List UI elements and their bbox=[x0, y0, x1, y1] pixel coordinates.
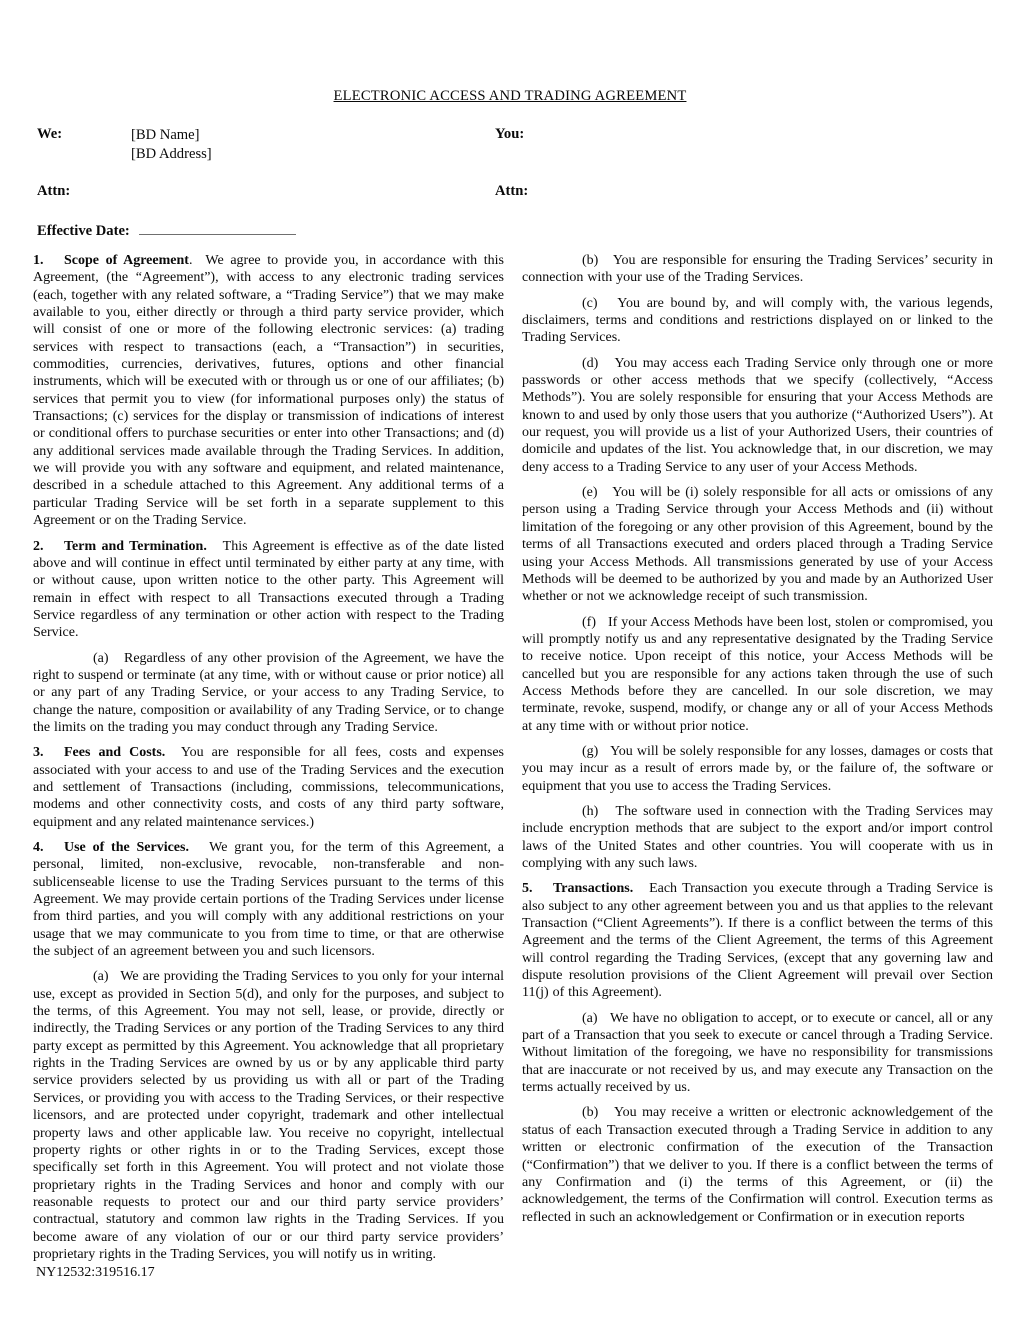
bd-name-placeholder: [BD Name] bbox=[131, 126, 212, 145]
section-4a: (a) We are providing the Trading Service… bbox=[33, 968, 504, 1263]
section-heading: Term and Termination. bbox=[64, 539, 207, 554]
we-label: We: bbox=[37, 126, 62, 143]
left-column: 1.Scope of Agreement. We agree to provid… bbox=[33, 252, 504, 1271]
section-2-term-and-termination: 2.Term and Termination. This Agreement i… bbox=[33, 538, 504, 642]
effective-date-row: Effective Date: bbox=[37, 220, 296, 240]
section-4d: (d) You may access each Trading Service … bbox=[522, 355, 993, 476]
section-heading: Scope of Agreement bbox=[64, 253, 189, 268]
we-values: [BD Name] [BD Address] bbox=[131, 126, 212, 163]
document-page: ELECTRONIC ACCESS AND TRADING AGREEMENT … bbox=[0, 0, 1020, 1320]
section-5b: (b) You may receive a written or electro… bbox=[522, 1104, 993, 1225]
section-number: 3. bbox=[33, 744, 64, 761]
section-heading: Transactions. bbox=[553, 881, 633, 896]
section-2a: (a) Regardless of any other provision of… bbox=[33, 650, 504, 737]
effective-date-label: Effective Date: bbox=[37, 223, 130, 239]
section-5a: (a) We have no obligation to accept, or … bbox=[522, 1010, 993, 1097]
document-control-number: NY12532:319516.17 bbox=[36, 1265, 155, 1281]
section-number: 4. bbox=[33, 839, 64, 856]
section-3-fees-and-costs: 3.Fees and Costs. You are responsible fo… bbox=[33, 744, 504, 831]
section-5-transactions: 5.Transactions. Each Transaction you exe… bbox=[522, 880, 993, 1001]
section-4b: (b) You are responsible for ensuring the… bbox=[522, 252, 993, 287]
body-columns: 1.Scope of Agreement. We agree to provid… bbox=[33, 252, 993, 1271]
document-title: ELECTRONIC ACCESS AND TRADING AGREEMENT bbox=[0, 88, 1020, 105]
section-1-scope-of-agreement: 1.Scope of Agreement. We agree to provid… bbox=[33, 252, 504, 530]
you-label: You: bbox=[495, 126, 524, 143]
section-number: 2. bbox=[33, 538, 64, 555]
section-4f: (f) If your Access Methods have been los… bbox=[522, 614, 993, 735]
right-column: (b) You are responsible for ensuring the… bbox=[522, 252, 993, 1271]
section-heading: Use of the Services. bbox=[64, 840, 189, 855]
attn-left-label: Attn: bbox=[37, 183, 70, 200]
section-4e: (e) You will be (i) solely responsible f… bbox=[522, 484, 993, 605]
section-4g: (g) You will be solely responsible for a… bbox=[522, 743, 993, 795]
bd-address-placeholder: [BD Address] bbox=[131, 145, 212, 164]
attn-right-label: Attn: bbox=[495, 183, 528, 200]
section-4h: (h) The software used in connection with… bbox=[522, 803, 993, 872]
section-number: 1. bbox=[33, 252, 64, 269]
section-heading: Fees and Costs. bbox=[64, 745, 165, 760]
section-4-use-of-the-services: 4.Use of the Services. We grant you, for… bbox=[33, 839, 504, 960]
effective-date-blank bbox=[139, 220, 296, 235]
section-number: 5. bbox=[522, 880, 553, 897]
section-4c: (c) You are bound by, and will comply wi… bbox=[522, 295, 993, 347]
